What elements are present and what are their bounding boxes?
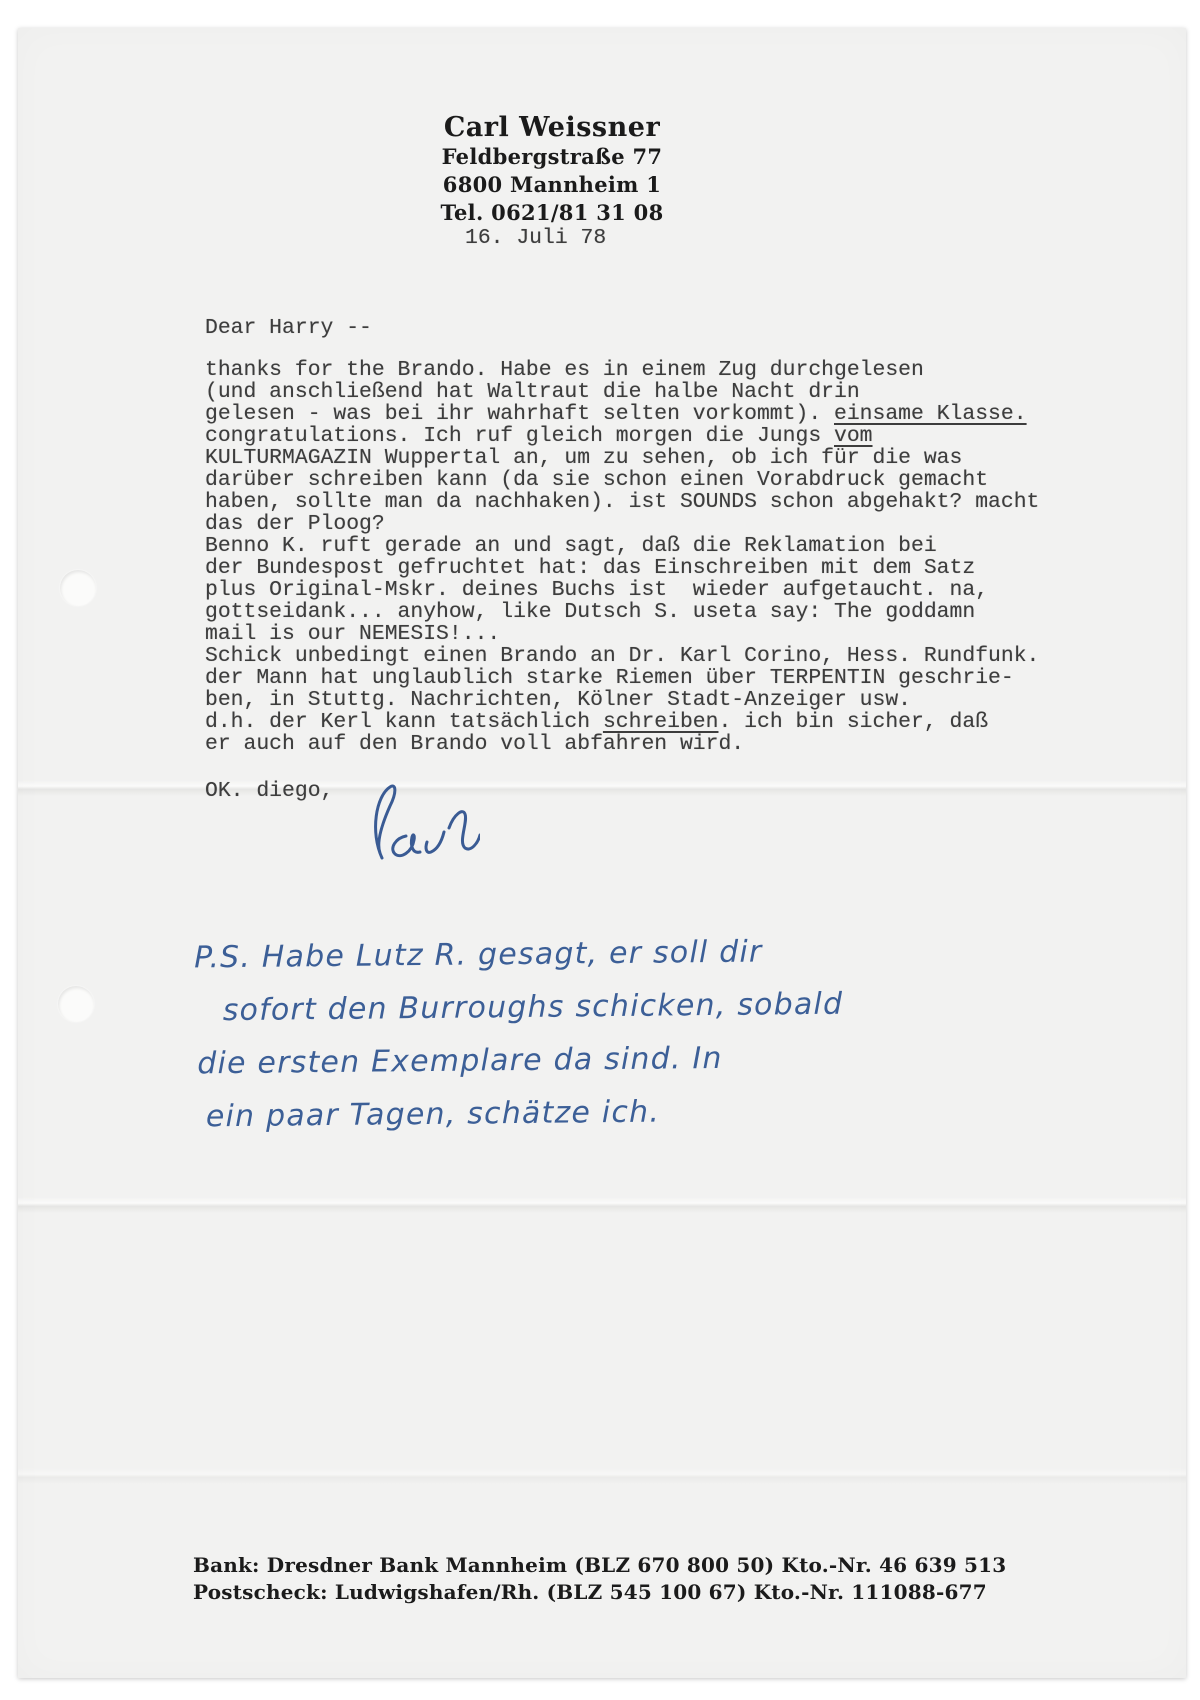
- postscript-line: P.S. Habe Lutz R. gesagt, er soll dir: [194, 925, 843, 985]
- paper-fold-crease: [18, 780, 1186, 796]
- body-line: gelesen - was bei ihr wahrhaft selten vo…: [205, 403, 1039, 425]
- body-line: (und anschließend hat Waltraut die halbe…: [205, 381, 1039, 403]
- body-line: congratulations. Ich ruf gleich morgen d…: [205, 425, 1039, 447]
- letter-date: 16. Juli 78: [465, 226, 606, 250]
- bank-footer-line2: Postscheck: Ludwigshafen/Rh. (BLZ 545 10…: [193, 1579, 1006, 1606]
- body-line: der Bundespost gefruchtet hat: das Einsc…: [205, 557, 1039, 579]
- paper-fold-crease: [18, 1468, 1186, 1484]
- paper-fold-crease: [18, 1197, 1186, 1213]
- closing-line: OK. diego,: [205, 779, 333, 803]
- body-line: KULTURMAGAZIN Wuppertal an, um zu sehen,…: [205, 447, 1039, 469]
- postscript-line: die ersten Exemplare da sind. In: [197, 1031, 844, 1091]
- bank-footer-line1: Bank: Dresdner Bank Mannheim (BLZ 670 80…: [193, 1552, 1006, 1579]
- bank-footer: Bank: Dresdner Bank Mannheim (BLZ 670 80…: [193, 1552, 1006, 1606]
- letterhead-phone: Tel. 0621/81 31 08: [352, 199, 752, 227]
- body-line: Benno K. ruft gerade an und sagt, daß di…: [205, 535, 1039, 557]
- body-line: d.h. der Kerl kann tatsächlich schreiben…: [205, 711, 1039, 733]
- letterhead-name: Carl Weissner: [352, 112, 752, 143]
- signature-stroke: [330, 780, 480, 865]
- body-line: das der Ploog?: [205, 513, 1039, 535]
- body-lines: thanks for the Brando. Habe es in einem …: [205, 359, 1039, 755]
- salutation: Dear Harry --: [205, 316, 372, 340]
- postscript-line: ein paar Tagen, schätze ich.: [206, 1084, 845, 1144]
- body-line: mail is our NEMESIS!...: [205, 623, 1039, 645]
- postscript-line: sofort den Burroughs schicken, sobald: [222, 978, 843, 1037]
- letterhead-street: Feldbergstraße 77: [352, 143, 752, 171]
- hole-punch: [58, 986, 94, 1022]
- body-line: gottseidank... anyhow, like Dutsch S. us…: [205, 601, 1039, 623]
- body-line: ben, in Stuttg. Nachrichten, Kölner Stad…: [205, 689, 1039, 711]
- postscript: P.S. Habe Lutz R. gesagt, er soll dirsof…: [194, 925, 845, 1144]
- letterhead: Carl Weissner Feldbergstraße 77 6800 Man…: [352, 112, 752, 227]
- hole-punch: [60, 570, 96, 606]
- body-line: er auch auf den Brando voll abfahren wir…: [205, 733, 1039, 755]
- body-line: der Mann hat unglaublich starke Riemen ü…: [205, 667, 1039, 689]
- handwritten-signature: [330, 780, 480, 865]
- letter-paper: Carl Weissner Feldbergstraße 77 6800 Man…: [18, 28, 1186, 1678]
- body-line: darüber schreiben kann (da sie schon ein…: [205, 469, 1039, 491]
- body-line: Schick unbedingt einen Brando an Dr. Kar…: [205, 645, 1039, 667]
- body-line: thanks for the Brando. Habe es in einem …: [205, 359, 1039, 381]
- body-line: haben, sollte man da nachhaken). ist SOU…: [205, 491, 1039, 513]
- body-line: plus Original-Mskr. deines Buchs ist wie…: [205, 579, 1039, 601]
- letterhead-city: 6800 Mannheim 1: [352, 171, 752, 199]
